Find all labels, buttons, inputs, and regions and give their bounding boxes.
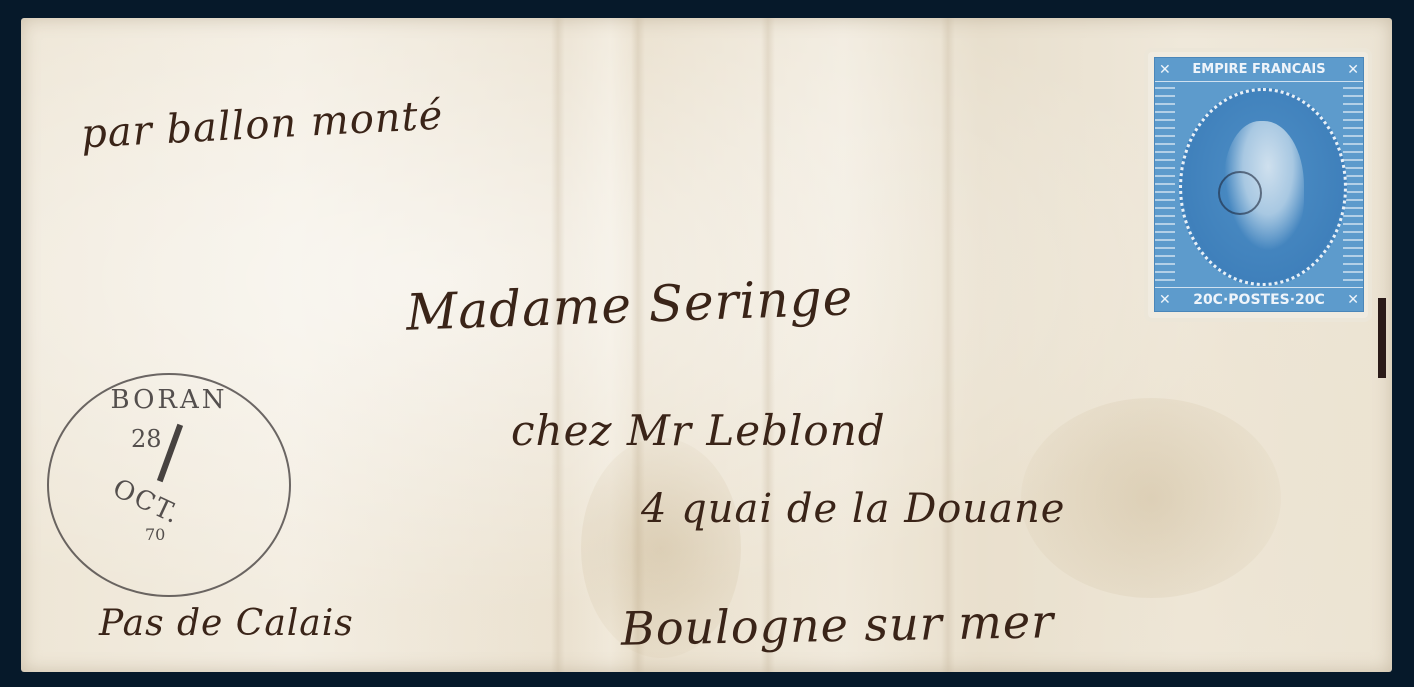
stamp-design: ✕ EMPIRE FRANCAIS ✕ ✕ 20C·POSTES·20C ✕: [1154, 57, 1364, 312]
fold-line: [761, 18, 775, 672]
stamp-bottom-text: 20C·POSTES·20C: [1193, 292, 1325, 308]
greek-key-border: [1155, 82, 1175, 287]
postmark-month: OCT.: [108, 473, 185, 530]
department-line: Pas de Calais: [99, 603, 354, 644]
postmark-town: BORAN: [49, 385, 289, 415]
cancel-mark: [1218, 171, 1262, 215]
fold-line: [551, 18, 565, 672]
care-of-line: chez Mr Leblond: [511, 406, 886, 455]
street-line: 4 quai de la Douane: [641, 486, 1065, 532]
postmark-year: 70: [145, 525, 165, 544]
fold-line: [941, 18, 955, 672]
recipient-name: Madame Seringe: [405, 268, 854, 342]
postmark-day: 28: [131, 425, 162, 453]
route-endorsement: par ballon monté: [80, 93, 444, 158]
stamp-bottom-band: ✕ 20C·POSTES·20C ✕: [1155, 287, 1363, 311]
postage-stamp: ✕ EMPIRE FRANCAIS ✕ ✕ 20C·POSTES·20C ✕: [1148, 52, 1368, 318]
corner-x-icon: ✕: [1159, 292, 1171, 308]
postmark: BORAN 28 OCT. 70: [47, 373, 291, 597]
city-line: Boulogne sur mer: [621, 594, 1055, 656]
corner-x-icon: ✕: [1347, 62, 1359, 78]
stamp-top-band: ✕ EMPIRE FRANCAIS ✕: [1155, 58, 1363, 82]
flap-edge: [1378, 298, 1386, 378]
corner-x-icon: ✕: [1347, 292, 1359, 308]
stamp-medallion: [1179, 88, 1347, 286]
stamp-top-text: EMPIRE FRANCAIS: [1192, 62, 1325, 77]
corner-x-icon: ✕: [1159, 62, 1171, 78]
